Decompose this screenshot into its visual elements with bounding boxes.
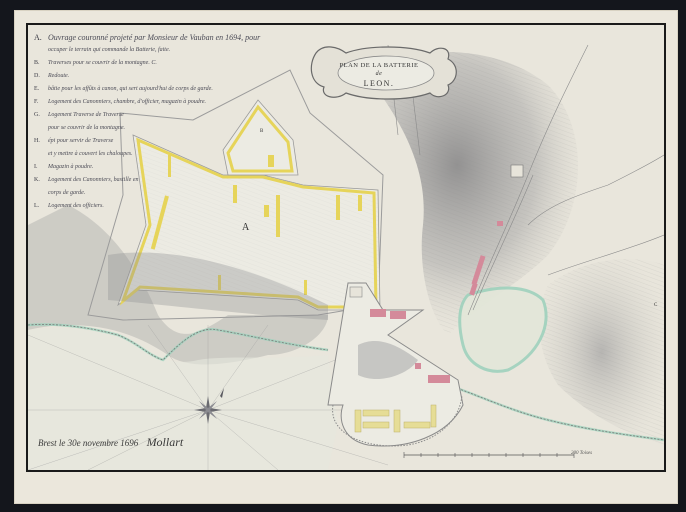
legend-item: K.Logement des Canonniers, bastille en <box>34 174 304 187</box>
signature: Brest le 30e novembre 1696 Mollart <box>38 435 183 450</box>
scale-label: 200 Toises <box>571 451 592 456</box>
map-title: PLAN DE LA BATTERIE de LEON. <box>314 61 444 88</box>
map-frame: A.Ouvrage couronné projeté par Monsieur … <box>26 23 666 472</box>
bastion-label-b: B <box>260 129 263 134</box>
legend-item: F.Logement des Canonniers, chambre, d'of… <box>34 96 304 109</box>
fort-label-a: A <box>242 222 249 233</box>
scale-bar <box>404 452 574 458</box>
hill-label-c: C <box>654 303 657 308</box>
hill-c <box>539 259 664 445</box>
legend-item: B.Traverses pour se couvrir de la montag… <box>34 57 304 70</box>
legend-item: pour se couvrir de la montagne. <box>34 122 304 135</box>
legend-item: D.Redoute. <box>34 70 304 83</box>
legend-item: occuper le terrain qui commande la Batte… <box>34 44 304 57</box>
map-legend: A.Ouvrage couronné projeté par Monsieur … <box>34 31 304 213</box>
bay <box>460 288 546 371</box>
legend-item: I.Magazin à poudre. <box>34 161 304 174</box>
legend-item: G.Logement Traverse de Traverse <box>34 109 304 122</box>
title-cartouche: PLAN DE LA BATTERIE de LEON. <box>314 49 444 97</box>
legend-item: E.bâtie pour les affûts à canon, qui ser… <box>34 83 304 96</box>
legend-item: A.Ouvrage couronné projeté par Monsieur … <box>34 31 304 44</box>
legend-item: H.épi pour servir de Traverse <box>34 135 304 148</box>
legend-item: et y mettre à couvert les chaloupes. <box>34 148 304 161</box>
legend-item: corps de garde. <box>34 187 304 200</box>
legend-item: L.Logement des officiers. <box>34 200 304 213</box>
